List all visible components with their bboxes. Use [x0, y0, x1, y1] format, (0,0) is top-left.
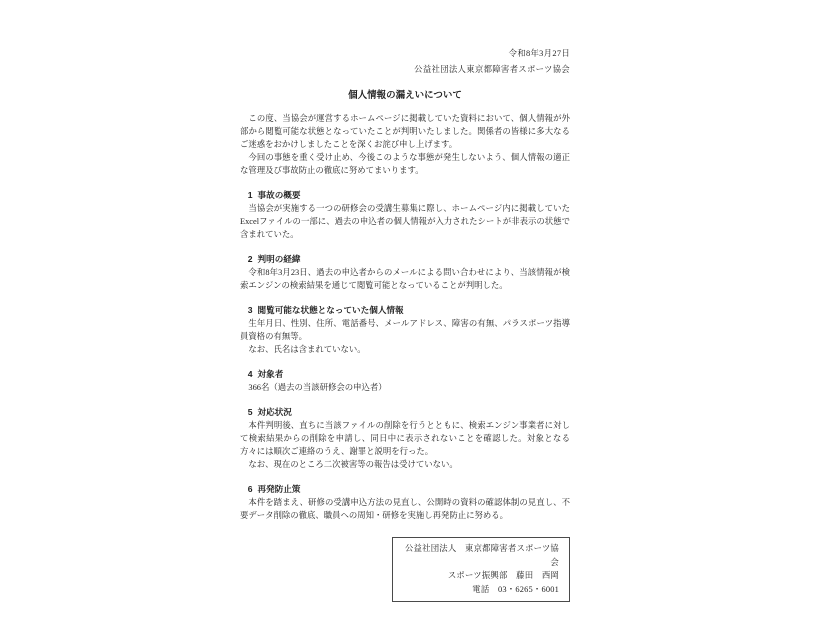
- section-exposed-personal-info: 3閲覧可能な状態となっていた個人情報 生年月日、性別、住所、電話番号、メールアド…: [240, 303, 570, 356]
- section-title: 閲覧可能な状態となっていた個人情報: [258, 305, 404, 315]
- section-number: 6: [248, 484, 253, 494]
- section-paragraph: 本件判明後、直ちに当該ファイルの削除を行うとともに、検索エンジン事業者に対して検…: [240, 419, 570, 458]
- section-heading: 5対応状況: [240, 405, 570, 419]
- section-number: 3: [248, 305, 253, 315]
- intro-paragraph: この度、当協会が運営するホームページに掲載していた資料において、個人情報が外部か…: [240, 112, 570, 151]
- section-title: 判明の経緯: [258, 254, 301, 264]
- section-paragraph: 生年月日、性別、住所、電話番号、メールアドレス、障害の有無、パラスポーツ指導員資…: [240, 317, 570, 343]
- section-title: 再発防止策: [258, 484, 301, 494]
- document-page: 令和8年3月27日 公益社団法人東京都障害者スポーツ協会 個人情報の漏えいについ…: [240, 0, 570, 602]
- section-number: 5: [248, 407, 253, 417]
- section-heading: 1事故の概要: [240, 188, 570, 202]
- section-paragraph: 本件を踏まえ、研修の受講申込方法の見直し、公開時の資料の確認体制の見直し、不要デ…: [240, 496, 570, 522]
- contact-organization: 公益社団法人 東京都障害者スポーツ協会: [397, 542, 559, 569]
- section-number: 4: [248, 369, 253, 379]
- section-paragraph: 令和8年3月23日、過去の申込者からのメールによる問い合わせにより、当該情報が検…: [240, 266, 570, 292]
- contact-department-persons: スポーツ振興部 藤田 西岡: [397, 569, 559, 583]
- section-incident-overview: 1事故の概要 当協会が実施する一つの研修会の受講生募集に際し、ホームページ内に掲…: [240, 188, 570, 241]
- section-title: 対応状況: [258, 407, 292, 417]
- section-number: 1: [248, 190, 253, 200]
- section-paragraph: 当協会が実施する一つの研修会の受講生募集に際し、ホームページ内に掲載していたEx…: [240, 202, 570, 241]
- document-title: 個人情報の漏えいについて: [240, 89, 570, 103]
- section-heading: 4対象者: [240, 367, 570, 381]
- section-paragraph: なお、氏名は含まれていない。: [240, 343, 570, 356]
- section-heading: 2判明の経緯: [240, 252, 570, 266]
- section-title: 事故の概要: [258, 190, 301, 200]
- document-date: 令和8年3月27日: [240, 47, 570, 60]
- section-number: 2: [248, 254, 253, 264]
- contact-box: 公益社団法人 東京都障害者スポーツ協会 スポーツ振興部 藤田 西岡 電話 03・…: [392, 537, 570, 602]
- section-response-status: 5対応状況 本件判明後、直ちに当該ファイルの削除を行うとともに、検索エンジン事業…: [240, 405, 570, 471]
- contact-phone: 電話 03・6265・6001: [397, 583, 559, 597]
- section-heading: 3閲覧可能な状態となっていた個人情報: [240, 303, 570, 317]
- intro-paragraph: 今回の事態を重く受け止め、今後このような事態が発生しないよう、個人情報の適正な管…: [240, 151, 570, 177]
- section-recurrence-prevention: 6再発防止策 本件を踏まえ、研修の受講申込方法の見直し、公開時の資料の確認体制の…: [240, 482, 570, 522]
- section-paragraph: 366名（過去の当該研修会の申込者）: [240, 381, 570, 394]
- section-paragraph: なお、現在のところ二次被害等の報告は受けていない。: [240, 458, 570, 471]
- document-organization: 公益社団法人東京都障害者スポーツ協会: [240, 63, 570, 76]
- section-heading: 6再発防止策: [240, 482, 570, 496]
- section-affected-persons: 4対象者 366名（過去の当該研修会の申込者）: [240, 367, 570, 394]
- intro-block: この度、当協会が運営するホームページに掲載していた資料において、個人情報が外部か…: [240, 112, 570, 177]
- section-discovery-background: 2判明の経緯 令和8年3月23日、過去の申込者からのメールによる問い合わせにより…: [240, 252, 570, 292]
- section-title: 対象者: [258, 369, 284, 379]
